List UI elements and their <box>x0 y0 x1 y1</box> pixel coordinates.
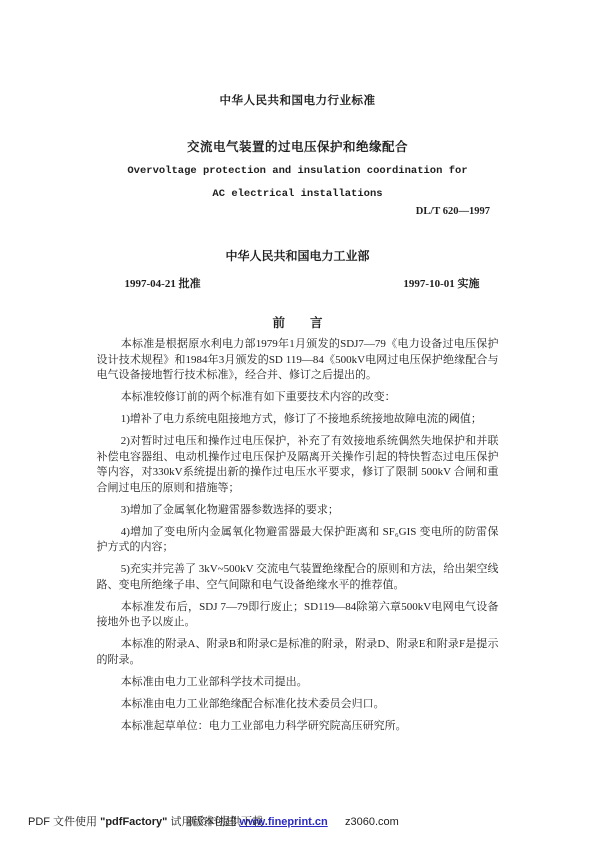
foreword-title: 前 言 <box>0 315 595 331</box>
document-title-cn: 交流电气装置的过电压保护和绝缘配合 <box>0 139 595 155</box>
foreword-paragraph: 本标准发布后，SDJ 7—79即行废止；SD119—84除第六章500kV电网电… <box>97 600 499 631</box>
watermark-line: PDF 文件使用 "pdfFactory" 试用版本创建 www.finepri… <box>28 815 328 830</box>
foreword-paragraph: 3)增加了金属氧化物避雷器参数选择的要求； <box>97 503 499 519</box>
pdf-watermark-footer: PDF 文件使用 "pdfFactory" 试用版本创建 www.finepri… <box>28 815 568 833</box>
foreword-paragraph: 1)增补了电力系统电阻接地方式，修订了不接地系统接地故障电流的阈值； <box>97 412 499 428</box>
implementation-date: 1997-10-01 实施 <box>403 277 479 291</box>
standard-number: DL/T 620—1997 <box>0 205 595 219</box>
overlay-download-text: 新资料提供下载 <box>186 815 263 830</box>
foreword-paragraph: 本标准由电力工业部绝缘配合标准化技术委员会归口。 <box>97 697 499 713</box>
foreword-body: 本标准是根据原水利电力部1979年1月颁发的SDJ7—79《电力设备过电压保护设… <box>97 337 499 734</box>
document-title-en-line2: AC electrical installations <box>0 187 595 201</box>
document-page: 中华人民共和国电力行业标准 交流电气装置的过电压保护和绝缘配合 Overvolt… <box>0 0 595 842</box>
standard-type-heading: 中华人民共和国电力行业标准 <box>0 0 595 108</box>
foreword-paragraph: 2)对暂时过电压和操作过电压保护，补充了有效接地系统偶然失地保护和并联补偿电容器… <box>97 434 499 496</box>
foreword-paragraph: 本标准是根据原水利电力部1979年1月颁发的SDJ7—79《电力设备过电压保护设… <box>97 337 499 384</box>
foreword-paragraph: 本标准由电力工业部科学技术司提出。 <box>97 675 499 691</box>
foreword-paragraph: 本标准起草单位：电力工业部电力科学研究院高压研究所。 <box>97 719 499 735</box>
foreword-paragraph: 4)增加了变电所内金属氧化物避雷器最大保护距离和 SF₆GIS 变电所的防雷保护… <box>97 525 499 556</box>
approval-date: 1997-04-21 批准 <box>125 277 201 291</box>
watermark-prefix: PDF 文件使用 <box>28 816 100 828</box>
foreword-paragraph: 本标准较修订前的两个标准有如下重要技术内容的改变： <box>97 390 499 406</box>
watermark-product-name: "pdfFactory" <box>100 816 167 828</box>
document-title-en-line1: Overvoltage protection and insulation co… <box>0 164 595 178</box>
ministry-name: 中华人民共和国电力工业部 <box>0 249 595 264</box>
overlay-site-text: z3060.com <box>345 815 399 830</box>
foreword-paragraph: 本标准的附录A、附录B和附录C是标准的附录，附录D、附录E和附录F是提示的附录。 <box>97 637 499 668</box>
foreword-paragraph: 5)充实并完善了 3kV~500kV 交流电气装置绝缘配合的原则和方法，给出架空… <box>97 562 499 593</box>
dates-row: 1997-04-21 批准 1997-10-01 实施 <box>97 277 499 291</box>
